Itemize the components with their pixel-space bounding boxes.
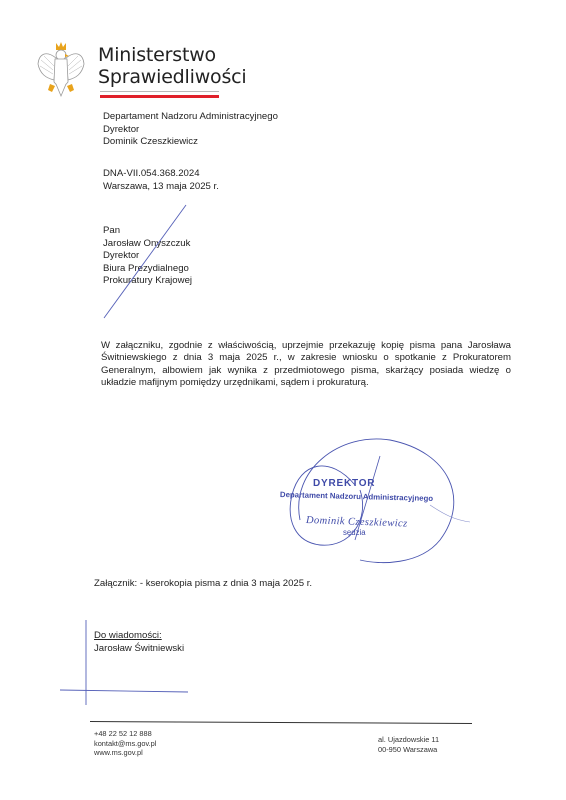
pen-stroke-horizontal (60, 690, 188, 692)
sender-title: Dyrektor (103, 124, 278, 137)
cc-recipient: Jarosław Świtniewski (94, 643, 184, 656)
footer-phone: +48 22 52 12 888 (94, 729, 156, 739)
header-rule-red (100, 95, 219, 98)
stamp-signatory-role: sędzia (343, 528, 366, 537)
handwritten-marks (0, 0, 566, 800)
addressee-name: Jarosław Onyszczuk (103, 238, 192, 251)
letter-page: Ministerstwo Sprawiedliwości Departament… (0, 0, 566, 800)
addressee-salutation: Pan (103, 225, 192, 238)
footer-contact: +48 22 52 12 888 kontakt@ms.gov.pl www.m… (94, 729, 156, 758)
addressee-office-line1: Biura Prezydialnego (103, 263, 192, 276)
footer-address: al. Ujazdowskie 11 00-950 Warszawa (378, 735, 439, 754)
header-rule-grey (100, 91, 219, 92)
polish-eagle-emblem-icon (36, 40, 86, 102)
ministry-name: Ministerstwo Sprawiedliwości (98, 44, 247, 88)
stamp-title: DYREKTOR (313, 478, 375, 489)
reference-number: DNA-VII.054.368.2024 (103, 168, 219, 181)
footer-email: kontakt@ms.gov.pl (94, 739, 156, 749)
footer-website: www.ms.gov.pl (94, 748, 156, 758)
footer-rule (90, 721, 472, 724)
cc-label: Do wiadomości: (94, 630, 184, 643)
ministry-name-line1: Ministerstwo (98, 44, 247, 66)
ministry-name-line2: Sprawiedliwości (98, 66, 247, 88)
cc-block: Do wiadomości: Jarosław Świtniewski (94, 630, 184, 655)
sender-name: Dominik Czeszkiewicz (103, 136, 278, 149)
reference-block: DNA-VII.054.368.2024 Warszawa, 13 maja 2… (103, 168, 219, 193)
footer-address-line2: 00-950 Warszawa (378, 745, 439, 755)
sender-block: Departament Nadzoru Administracyjnego Dy… (103, 111, 278, 149)
sender-department: Departament Nadzoru Administracyjnego (103, 111, 278, 124)
addressee-block: Pan Jarosław Onyszczuk Dyrektor Biura Pr… (103, 225, 192, 288)
stamp-department: Departament Nadzoru Administracyjnego (280, 490, 433, 503)
place-date: Warszawa, 13 maja 2025 r. (103, 181, 219, 194)
attachment-note: Załącznik: - kserokopia pisma z dnia 3 m… (94, 578, 312, 591)
signature-tail (430, 505, 470, 522)
footer-address-line1: al. Ujazdowskie 11 (378, 735, 439, 745)
letter-body: W załączniku, zgodnie z właściwością, up… (101, 340, 511, 390)
addressee-title: Dyrektor (103, 250, 192, 263)
addressee-office-line2: Prokuratury Krajowej (103, 275, 192, 288)
